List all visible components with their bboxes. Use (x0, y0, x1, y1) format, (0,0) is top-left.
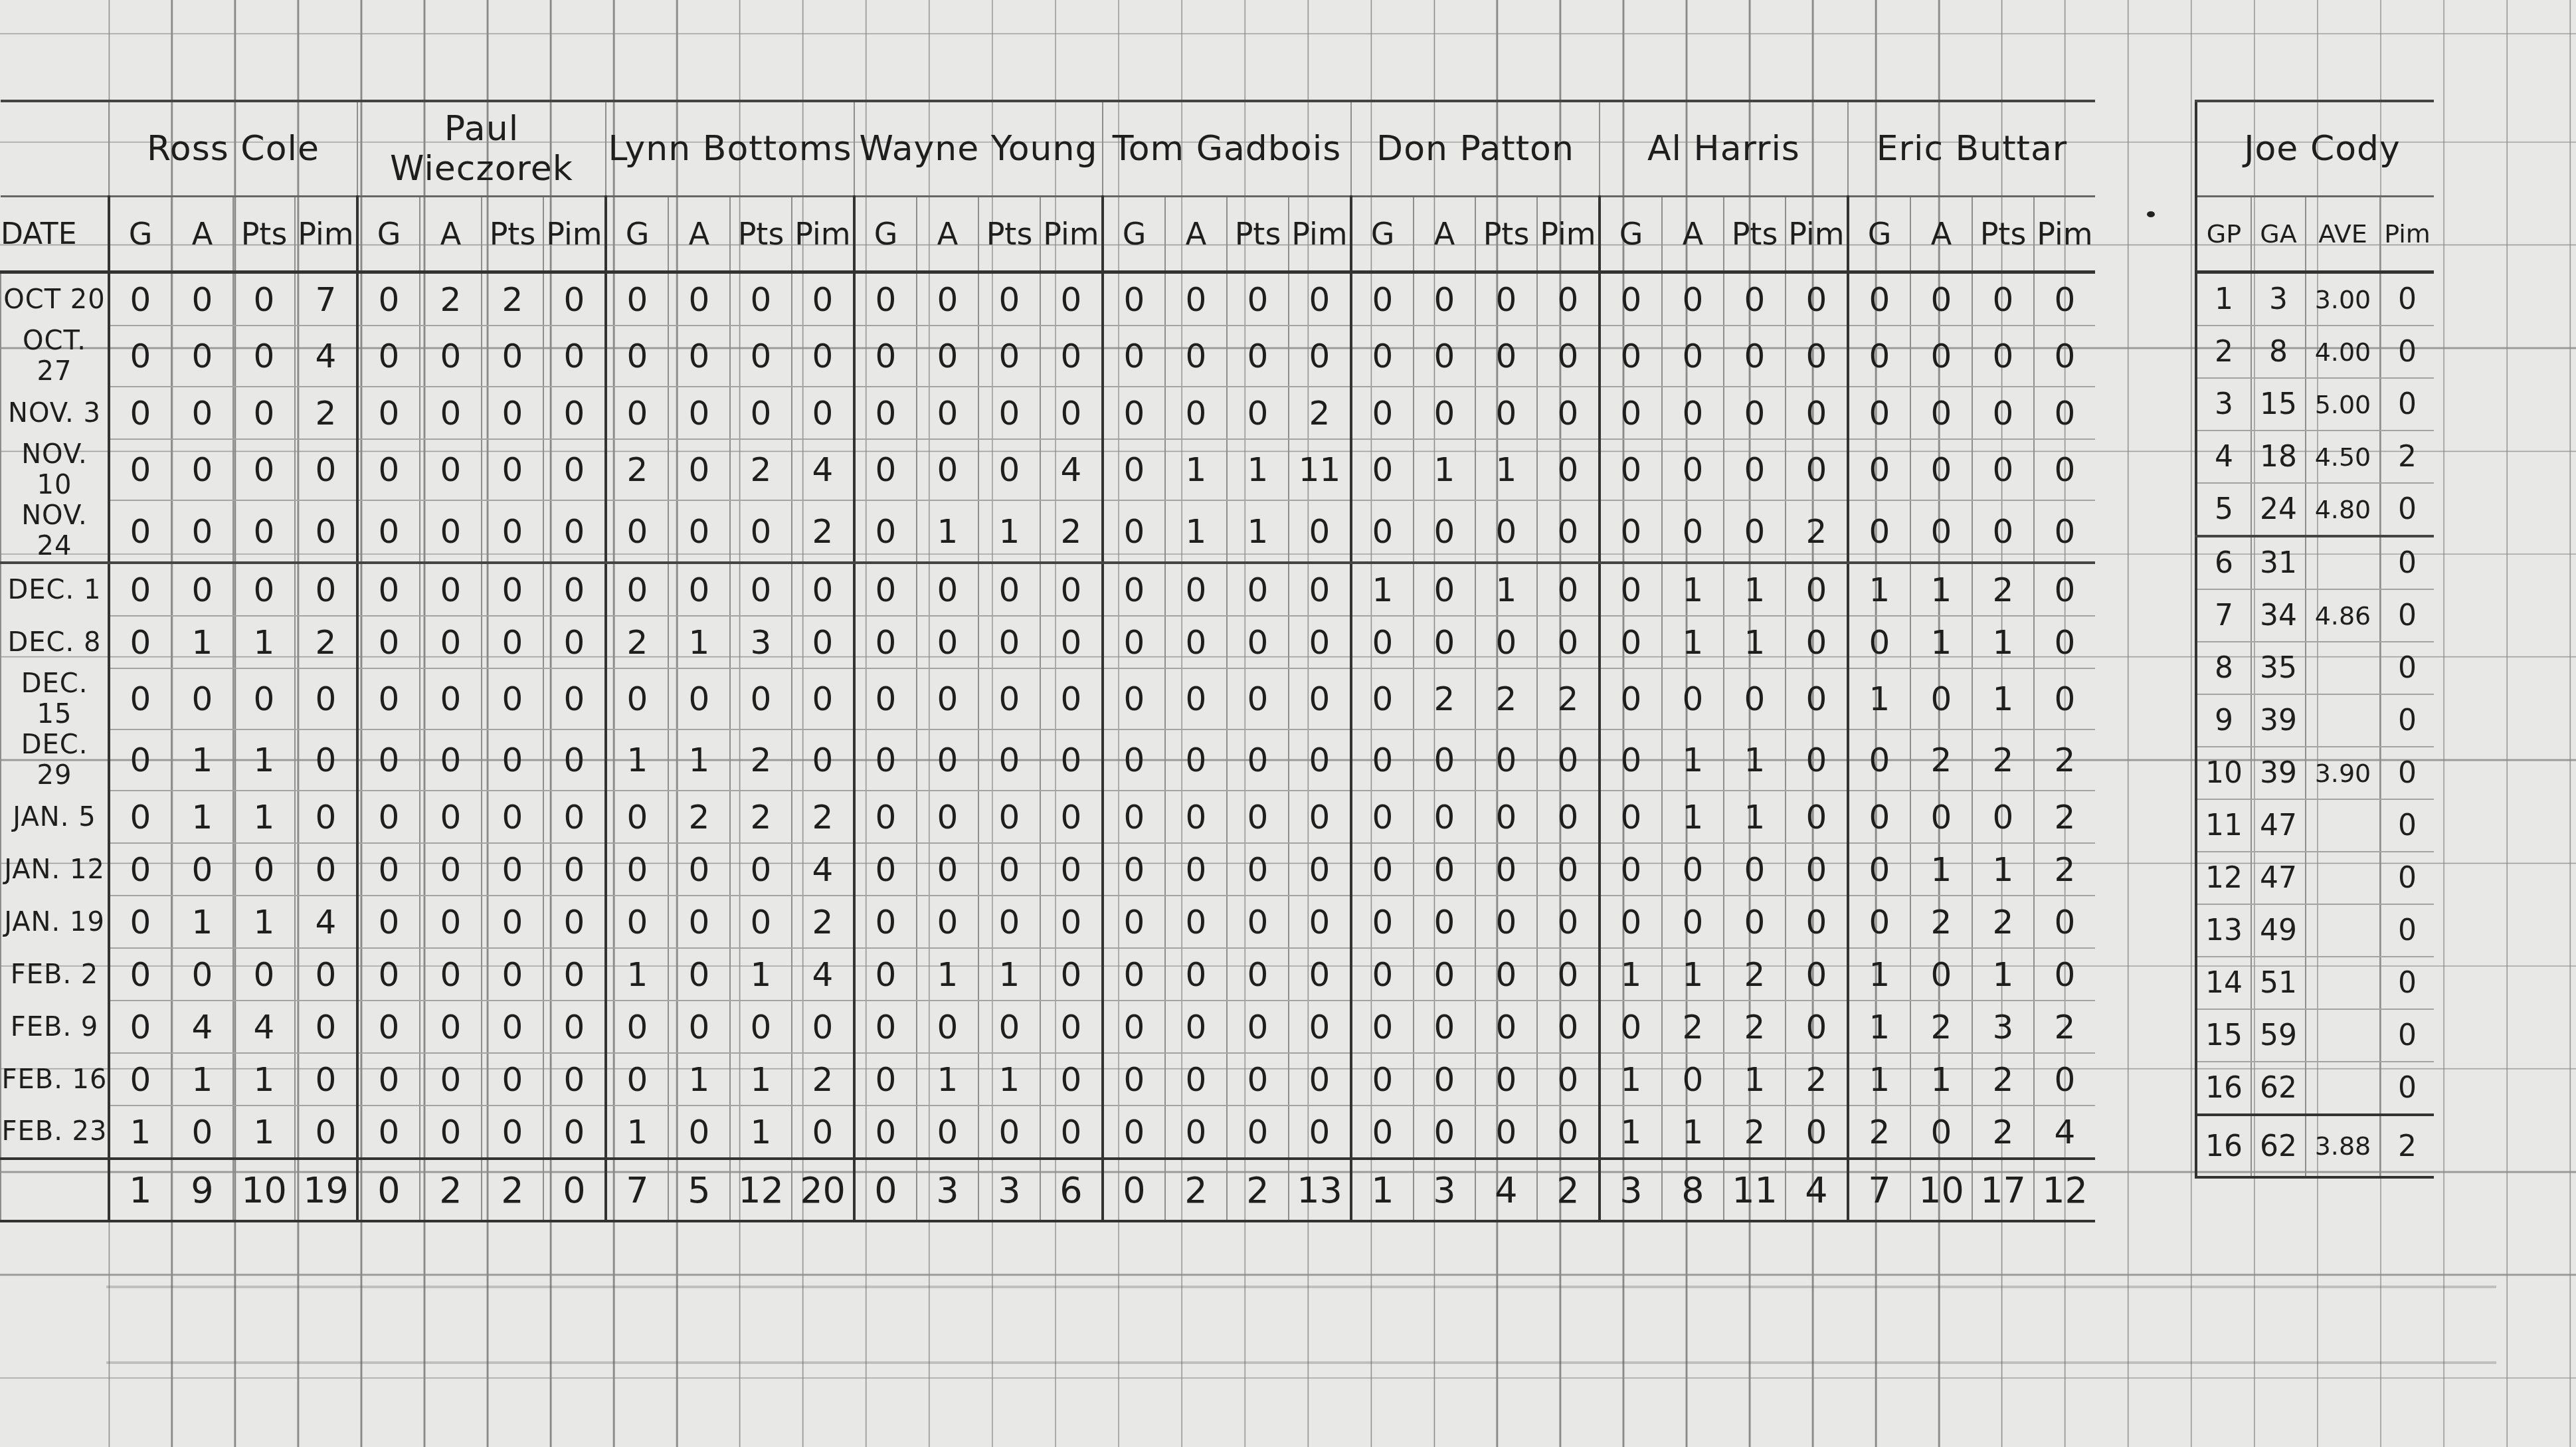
stat-cell: 0 (1289, 326, 1351, 387)
stat-header-pts: Pts (1475, 197, 1537, 272)
stat-cell: 0 (1103, 563, 1165, 616)
stat-cell: 0 (1227, 843, 1289, 896)
stat-cell: 1 (109, 1106, 171, 1159)
stat-cell: 0 (978, 896, 1040, 948)
game-date: JAN. 5 (1, 791, 109, 843)
stat-cell: 0 (668, 500, 730, 563)
stat-cell: 0 (543, 948, 606, 1001)
total-cell: 10 (233, 1159, 295, 1221)
stat-cell: 0 (1227, 1053, 1289, 1106)
stat-header-pim: Pim (1786, 197, 1848, 272)
stat-cell: 0 (420, 1053, 482, 1106)
stat-cell: 0 (668, 326, 730, 387)
stat-cell: 0 (1040, 948, 1103, 1001)
stat-cell: 0 (1475, 387, 1537, 439)
stat-cell: 0 (730, 272, 792, 326)
game-date: FEB. 2 (1, 948, 109, 1001)
stat-cell: 1 (233, 896, 295, 948)
stat-cell: 0 (1848, 500, 1910, 563)
stat-cell: 1 (917, 1053, 978, 1106)
game-date: NOV. 24 (1, 500, 109, 563)
total-cell: 2 (1227, 1159, 1289, 1221)
totals-row: 1910190220751220033602213134238114710171… (1, 1159, 2095, 1221)
stat-cell: 0 (1103, 843, 1165, 896)
stat-cell: 0 (482, 387, 543, 439)
stat-cell: 2 (420, 272, 482, 326)
stat-cell: 0 (482, 791, 543, 843)
stat-cell: 0 (1910, 439, 1972, 500)
stat-cell: 1 (917, 948, 978, 1001)
stat-cell: 0 (2034, 668, 2095, 729)
stat-cell: 0 (2034, 439, 2095, 500)
stat-cell: 0 (295, 1001, 357, 1053)
stat-cell: 0 (978, 439, 1040, 500)
stat-cell: 0 (1910, 948, 1972, 1001)
stat-cell: 0 (1724, 439, 1786, 500)
goalie-row: 133.000 (2196, 272, 2434, 326)
stat-cell: 0 (1662, 272, 1724, 326)
stat-header-g: G (1103, 197, 1165, 272)
stat-cell: 1 (1662, 616, 1724, 668)
stat-cell: 0 (1227, 387, 1289, 439)
goalie-cell: 0 (2380, 747, 2434, 799)
game-row: OCT 2000070220000000000000000000000000 (1, 272, 2095, 326)
goalie-cell (2306, 799, 2380, 852)
stat-cell: 0 (1040, 326, 1103, 387)
stat-cell: 0 (1351, 387, 1414, 439)
goalie-row: 10393.900 (2196, 747, 2434, 799)
stat-cell: 0 (1165, 948, 1227, 1001)
stat-header-row: DATE GAPtsPimGAPtsPimGAPtsPimGAPtsPimGAP… (1, 197, 2095, 272)
stat-cell: 0 (1040, 668, 1103, 729)
stat-cell: 0 (668, 1106, 730, 1159)
stat-cell: 0 (917, 439, 978, 500)
totals-label (1, 1159, 109, 1221)
stat-cell: 0 (1724, 843, 1786, 896)
goalie-cell (2306, 904, 2380, 957)
stat-header-pim: Pim (543, 197, 606, 272)
stat-cell: 0 (109, 326, 171, 387)
stat-cell: 1 (1972, 843, 2034, 896)
stat-cell: 1 (1662, 729, 1724, 791)
goalie-cell: 9 (2196, 694, 2251, 747)
stat-cell: 0 (978, 729, 1040, 791)
goalie-cell: 0 (2380, 957, 2434, 1009)
stat-cell: 0 (1289, 1001, 1351, 1053)
stat-cell: 0 (109, 948, 171, 1001)
stat-cell: 1 (171, 896, 233, 948)
stat-header-a: A (420, 197, 482, 272)
stat-cell: 0 (543, 387, 606, 439)
goalie-cell: 34 (2251, 589, 2306, 642)
stat-cell: 1 (1165, 500, 1227, 563)
stat-cell: 2 (1972, 896, 2034, 948)
stat-cell: 0 (109, 791, 171, 843)
stat-cell: 0 (109, 387, 171, 439)
stat-cell: 0 (1600, 439, 1662, 500)
stat-cell: 0 (978, 791, 1040, 843)
stat-cell: 0 (1414, 896, 1475, 948)
stat-cell: 0 (357, 1001, 420, 1053)
goalie-cell (2306, 642, 2380, 694)
total-cell: 10 (1910, 1159, 1972, 1221)
stat-cell: 2 (1910, 729, 1972, 791)
stat-cell: 0 (1475, 948, 1537, 1001)
stat-header-g: G (357, 197, 420, 272)
stat-header-a: A (917, 197, 978, 272)
goalie-header-ave: AVE (2306, 197, 2380, 272)
stat-cell: 0 (606, 791, 668, 843)
stat-cell: 0 (854, 439, 917, 500)
stat-cell: 0 (109, 668, 171, 729)
total-cell: 1 (109, 1159, 171, 1221)
stat-cell: 0 (668, 563, 730, 616)
stat-cell: 0 (171, 272, 233, 326)
stat-cell: 0 (482, 616, 543, 668)
stat-cell: 2 (1537, 668, 1600, 729)
stat-cell: 0 (1600, 272, 1662, 326)
scoring-sheet: Ross ColePaul WieczorekLynn BottomsWayne… (0, 100, 2434, 1222)
game-row: NOV. 10000000002024000401111011000000000 (1, 439, 2095, 500)
stat-cell: 0 (1475, 326, 1537, 387)
stat-cell: 0 (233, 387, 295, 439)
stat-cell: 0 (109, 1053, 171, 1106)
goalie-cell: 13 (2196, 904, 2251, 957)
goalie-cell: 7 (2196, 589, 2251, 642)
stat-cell: 0 (1475, 843, 1537, 896)
stat-cell: 0 (357, 896, 420, 948)
stat-cell: 0 (1848, 616, 1910, 668)
stat-cell: 0 (1289, 563, 1351, 616)
stat-cell: 1 (1475, 439, 1537, 500)
stat-cell: 0 (109, 843, 171, 896)
stat-cell: 0 (295, 439, 357, 500)
stat-cell: 0 (792, 668, 854, 729)
game-date: FEB. 16 (1, 1053, 109, 1106)
stat-cell: 0 (233, 563, 295, 616)
stat-header-pts: Pts (482, 197, 543, 272)
goalie-row: 12470 (2196, 852, 2434, 904)
stat-cell: 0 (854, 668, 917, 729)
total-cell: 2 (420, 1159, 482, 1221)
stat-cell: 0 (171, 1106, 233, 1159)
stat-cell: 0 (1537, 616, 1600, 668)
goalie-row: 3155.000 (2196, 378, 2434, 431)
stat-cell: 0 (1103, 326, 1165, 387)
stat-cell: 1 (171, 616, 233, 668)
stat-cell: 0 (357, 326, 420, 387)
stat-header-pim: Pim (2034, 197, 2095, 272)
stat-cell: 0 (1848, 729, 1910, 791)
stat-cell: 0 (1351, 1001, 1414, 1053)
stat-cell: 0 (1662, 500, 1724, 563)
goalie-cell: 15 (2251, 378, 2306, 431)
stat-cell: 0 (1351, 729, 1414, 791)
goalie-cell: 15 (2196, 1009, 2251, 1062)
total-cell: 6 (1040, 1159, 1103, 1221)
stat-cell: 0 (420, 896, 482, 948)
stat-cell: 1 (233, 1106, 295, 1159)
goalie-cell: 0 (2380, 589, 2434, 642)
stat-cell: 0 (1910, 326, 1972, 387)
stat-cell: 0 (854, 1001, 917, 1053)
stat-cell: 0 (854, 1053, 917, 1106)
stat-cell: 0 (543, 439, 606, 500)
stat-cell: 2 (2034, 791, 2095, 843)
stat-cell: 0 (917, 616, 978, 668)
stat-cell: 0 (606, 896, 668, 948)
stat-cell: 0 (668, 439, 730, 500)
stat-cell: 0 (1475, 896, 1537, 948)
goalie-cell: 3 (2251, 272, 2306, 326)
stat-header-a: A (171, 197, 233, 272)
stat-cell: 0 (543, 1106, 606, 1159)
stat-cell: 1 (730, 948, 792, 1001)
stat-cell: 0 (1537, 843, 1600, 896)
goalie-cell: 4.80 (2306, 483, 2380, 536)
stat-cell: 0 (1972, 791, 2034, 843)
stat-cell: 0 (109, 729, 171, 791)
stat-cell: 0 (1103, 896, 1165, 948)
stat-cell: 1 (978, 1053, 1040, 1106)
stat-cell: 1 (606, 729, 668, 791)
stat-cell: 0 (1289, 843, 1351, 896)
goalie-row: 9390 (2196, 694, 2434, 747)
stat-cell: 0 (1289, 791, 1351, 843)
stat-cell: 0 (543, 272, 606, 326)
stat-cell: 0 (1351, 272, 1414, 326)
stat-cell: 0 (792, 563, 854, 616)
stat-cell: 0 (1040, 1106, 1103, 1159)
game-date: FEB. 23 (1, 1106, 109, 1159)
player-name: Tom Gadbois (1103, 101, 1351, 197)
goalie-cell: 4.00 (2306, 326, 2380, 378)
game-date: DEC. 8 (1, 616, 109, 668)
stat-cell: 0 (1848, 387, 1910, 439)
stat-cell: 0 (1972, 272, 2034, 326)
goalie-cell: 14 (2196, 957, 2251, 1009)
stat-cell: 0 (233, 326, 295, 387)
stat-cell: 0 (482, 948, 543, 1001)
stat-cell: 2 (730, 729, 792, 791)
game-date: OCT. 27 (1, 326, 109, 387)
stat-cell: 0 (1165, 272, 1227, 326)
stat-cell: 0 (1662, 387, 1724, 439)
stat-cell: 0 (109, 1001, 171, 1053)
goalie-header-gp: GP (2196, 197, 2251, 272)
stat-cell: 1 (978, 948, 1040, 1001)
stat-cell: 2 (295, 616, 357, 668)
stat-cell: 1 (1662, 948, 1724, 1001)
stat-cell: 0 (1600, 616, 1662, 668)
stat-cell: 0 (1972, 439, 2034, 500)
stat-cell: 0 (792, 616, 854, 668)
stat-cell: 0 (543, 729, 606, 791)
stat-cell: 0 (917, 387, 978, 439)
stat-cell: 0 (1600, 668, 1662, 729)
stat-cell: 0 (1227, 791, 1289, 843)
goalie-stats-table: Joe Cody GPGAAVEPim 133.000284.0003155.0… (2195, 100, 2434, 1179)
stat-cell: 0 (668, 948, 730, 1001)
stat-cell: 0 (1227, 326, 1289, 387)
stat-cell: 0 (1786, 668, 1848, 729)
stat-cell: 1 (1910, 1053, 1972, 1106)
stat-cell: 0 (295, 948, 357, 1001)
stat-cell: 2 (1724, 1106, 1786, 1159)
stat-header-pts: Pts (1972, 197, 2034, 272)
game-row: DEC. 100000000000000000000101001101120 (1, 563, 2095, 616)
stat-cell: 2 (1040, 500, 1103, 563)
stat-cell: 0 (1475, 500, 1537, 563)
stat-cell: 0 (1786, 1001, 1848, 1053)
stat-cell: 0 (2034, 948, 2095, 1001)
stat-header-a: A (1165, 197, 1227, 272)
stat-cell: 0 (978, 1106, 1040, 1159)
stat-cell: 0 (1227, 563, 1289, 616)
stat-cell: 1 (917, 500, 978, 563)
stat-cell: 0 (1848, 791, 1910, 843)
stat-cell: 0 (1289, 616, 1351, 668)
stat-cell: 0 (1537, 791, 1600, 843)
goalie-cell: 12 (2196, 852, 2251, 904)
stat-cell: 0 (420, 387, 482, 439)
total-cell: 19 (295, 1159, 357, 1221)
stat-cell: 0 (482, 500, 543, 563)
stat-cell: 0 (1414, 729, 1475, 791)
stat-cell: 1 (978, 500, 1040, 563)
stat-cell: 1 (1662, 563, 1724, 616)
goalie-cell: 18 (2251, 431, 2306, 483)
game-date: DEC. 15 (1, 668, 109, 729)
goalie-cell: 31 (2251, 536, 2306, 589)
goalie-cell: 2 (2196, 326, 2251, 378)
stat-cell: 1 (233, 791, 295, 843)
stat-cell: 0 (730, 500, 792, 563)
stat-cell: 0 (1165, 1001, 1227, 1053)
goalie-row: 4184.502 (2196, 431, 2434, 483)
stat-header-a: A (1414, 197, 1475, 272)
stat-cell: 0 (1600, 896, 1662, 948)
stat-cell: 0 (171, 439, 233, 500)
stat-cell: 0 (543, 1053, 606, 1106)
stat-cell: 0 (917, 1001, 978, 1053)
date-header: DATE (1, 197, 109, 272)
stat-cell: 0 (854, 387, 917, 439)
goalie-cell: 39 (2251, 747, 2306, 799)
stat-cell: 0 (357, 272, 420, 326)
stat-cell: 4 (2034, 1106, 2095, 1159)
game-date: OCT 20 (1, 272, 109, 326)
stat-cell: 0 (1848, 272, 1910, 326)
stat-cell: 0 (917, 843, 978, 896)
stat-cell: 0 (543, 500, 606, 563)
player-name: Al Harris (1600, 101, 1848, 197)
stat-cell: 0 (1351, 668, 1414, 729)
stat-cell: 0 (1786, 791, 1848, 843)
stat-cell: 0 (1848, 843, 1910, 896)
stat-cell: 1 (171, 729, 233, 791)
stat-cell: 0 (482, 439, 543, 500)
goalie-row: 14510 (2196, 957, 2434, 1009)
stat-cell: 1 (1227, 439, 1289, 500)
stat-cell: 0 (1227, 948, 1289, 1001)
skater-stats-table: Ross ColePaul WieczorekLynn BottomsWayne… (0, 100, 2095, 1222)
stat-cell: 0 (1165, 668, 1227, 729)
total-cell: 20 (792, 1159, 854, 1221)
stat-cell: 0 (1724, 387, 1786, 439)
stat-cell: 0 (1165, 1106, 1227, 1159)
stat-cell: 0 (1414, 791, 1475, 843)
goalie-cell: 4 (2196, 431, 2251, 483)
stat-cell: 2 (668, 791, 730, 843)
stat-cell: 0 (1414, 326, 1475, 387)
stat-cell: 0 (1910, 1106, 1972, 1159)
stat-cell: 0 (482, 1001, 543, 1053)
stat-header-pim: Pim (1537, 197, 1600, 272)
stat-cell: 0 (1475, 791, 1537, 843)
player-name-row: Ross ColePaul WieczorekLynn BottomsWayne… (1, 101, 2095, 197)
stat-cell: 0 (420, 791, 482, 843)
stat-cell: 0 (1165, 387, 1227, 439)
goalie-cell: 0 (2380, 326, 2434, 378)
stat-cell: 0 (420, 729, 482, 791)
stat-cell: 1 (1414, 439, 1475, 500)
stat-cell: 0 (1724, 668, 1786, 729)
stat-cell: 4 (792, 948, 854, 1001)
game-row: DEC. 1500000000000000000000022200001010 (1, 668, 2095, 729)
goalie-cell: 5 (2196, 483, 2251, 536)
stat-cell: 2 (1289, 387, 1351, 439)
stat-cell: 4 (792, 439, 854, 500)
stat-cell: 4 (792, 843, 854, 896)
goalie-total-cell: 3.88 (2306, 1115, 2380, 1177)
goalie-total-cell: 62 (2251, 1115, 2306, 1177)
goalie-cell: 59 (2251, 1009, 2306, 1062)
stat-cell: 0 (1351, 326, 1414, 387)
stat-cell: 2 (2034, 843, 2095, 896)
stat-cell: 0 (1910, 272, 1972, 326)
stat-cell: 0 (1414, 948, 1475, 1001)
stat-cell: 0 (1040, 563, 1103, 616)
stat-cell: 0 (482, 1053, 543, 1106)
stat-cell: 1 (171, 1053, 233, 1106)
stat-cell: 0 (357, 791, 420, 843)
total-cell: 0 (543, 1159, 606, 1221)
goalie-cell: 0 (2380, 799, 2434, 852)
stat-cell: 0 (1040, 272, 1103, 326)
stat-cell: 0 (792, 387, 854, 439)
goalie-row: 13490 (2196, 904, 2434, 957)
stat-cell: 0 (1475, 272, 1537, 326)
stat-cell: 0 (543, 616, 606, 668)
stat-cell: 1 (1724, 616, 1786, 668)
game-row: FEB. 904400000000000000000000002201232 (1, 1001, 2095, 1053)
stat-cell: 2 (1724, 1001, 1786, 1053)
stat-cell: 0 (1786, 326, 1848, 387)
stat-cell: 0 (1040, 729, 1103, 791)
stat-header-g: G (854, 197, 917, 272)
stat-cell: 0 (1165, 791, 1227, 843)
goalie-cell: 10 (2196, 747, 2251, 799)
stat-cell: 2 (606, 616, 668, 668)
stat-cell: 0 (1289, 500, 1351, 563)
stat-cell: 0 (233, 668, 295, 729)
goalie-cell: 5.00 (2306, 378, 2380, 431)
stat-cell: 0 (978, 843, 1040, 896)
stat-cell: 0 (2034, 387, 2095, 439)
stat-cell: 0 (1537, 500, 1600, 563)
stat-cell: 0 (1227, 272, 1289, 326)
